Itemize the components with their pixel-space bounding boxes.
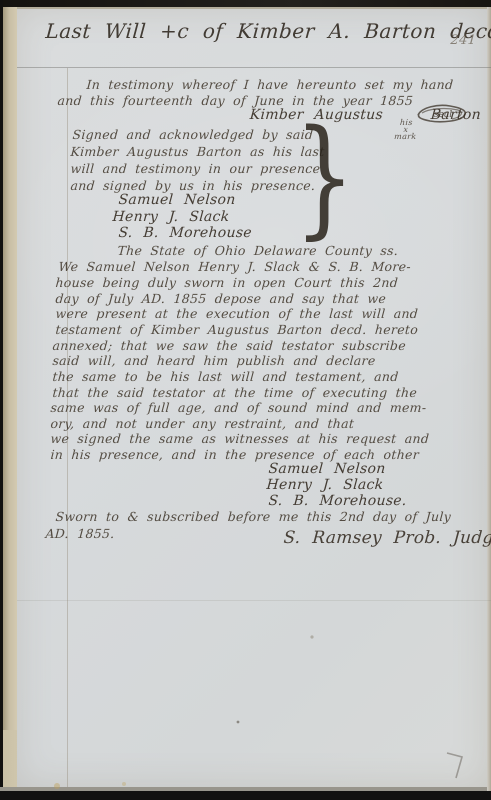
affidavit-line: We Samuel Nelson Henry J. Slack & S. B. … <box>58 259 411 274</box>
witness-signature: S. B. Morehouse. <box>268 494 407 509</box>
binding-edge <box>3 7 17 793</box>
scan-edge-right <box>487 7 491 791</box>
seal-label: seal <box>434 110 452 120</box>
affidavit-line: day of July AD. 1855 depose and say that… <box>55 291 387 306</box>
affidavit-line: The State of Ohio Delaware County ss. <box>117 243 399 258</box>
scan-edge-top <box>0 0 491 7</box>
witness-signature: Henry J. Slack <box>266 478 384 493</box>
page-number: 241 <box>450 33 477 48</box>
attestation-line: and signed by us in his presence. <box>70 178 316 193</box>
faint-rule-line <box>17 600 491 601</box>
witness-signature: Samuel Nelson <box>118 193 236 208</box>
affidavit-line: ory, and not under any restraint, and th… <box>50 416 355 431</box>
attestation-line: Signed and acknowledged by said <box>72 127 314 142</box>
witness-signature: S. B. Morehouse <box>118 226 252 241</box>
attestation-line: will and testimony in our presence <box>70 161 321 176</box>
affidavit-line: in his presence, and in the presence of … <box>50 447 420 462</box>
affidavit-line: that the said testator at the time of ex… <box>52 385 418 400</box>
mark-label-bottom: mark <box>394 133 417 140</box>
affidavit-line: same was of full age, and of sound mind … <box>50 400 427 415</box>
witness-signature: Samuel Nelson <box>268 462 386 477</box>
affidavit-line: testament of Kimber Augustus Barton decd… <box>55 322 419 337</box>
header-rule-line <box>17 67 491 68</box>
affidavit-line: we signed the same as witnesses at his r… <box>50 431 430 446</box>
affidavit-line: house being duly sworn in open Court thi… <box>55 275 399 290</box>
judge-signature: S. Ramsey Prob. Judge <box>283 531 491 546</box>
affidavit-line: said will, and heard him publish and dec… <box>52 353 376 368</box>
witness-signature: Henry J. Slack <box>112 210 230 225</box>
testimonium-line: and this fourteenth day of June in the y… <box>57 93 414 108</box>
jurat-line: AD. 1855. <box>45 526 115 541</box>
attestation-brace: } <box>294 116 355 240</box>
attestation-line: Kimber Augustus Barton as his last <box>70 144 325 159</box>
scan-edge-bottom <box>0 791 491 800</box>
affidavit-line: were present at the execution of the las… <box>55 306 419 321</box>
affidavit-line: the same to be his last will and testame… <box>52 369 399 384</box>
page-title: Last Will +c of Kimber A. Barton decd. <box>45 24 491 39</box>
jurat-line: Sworn to & subscribed before me this 2nd… <box>55 509 452 524</box>
testimonium-line: In testimony whereof I have hereunto set… <box>86 77 454 92</box>
affidavit-line: annexed; that we saw the said testator s… <box>52 338 407 353</box>
seal-scribble-icon: seal <box>414 99 470 127</box>
